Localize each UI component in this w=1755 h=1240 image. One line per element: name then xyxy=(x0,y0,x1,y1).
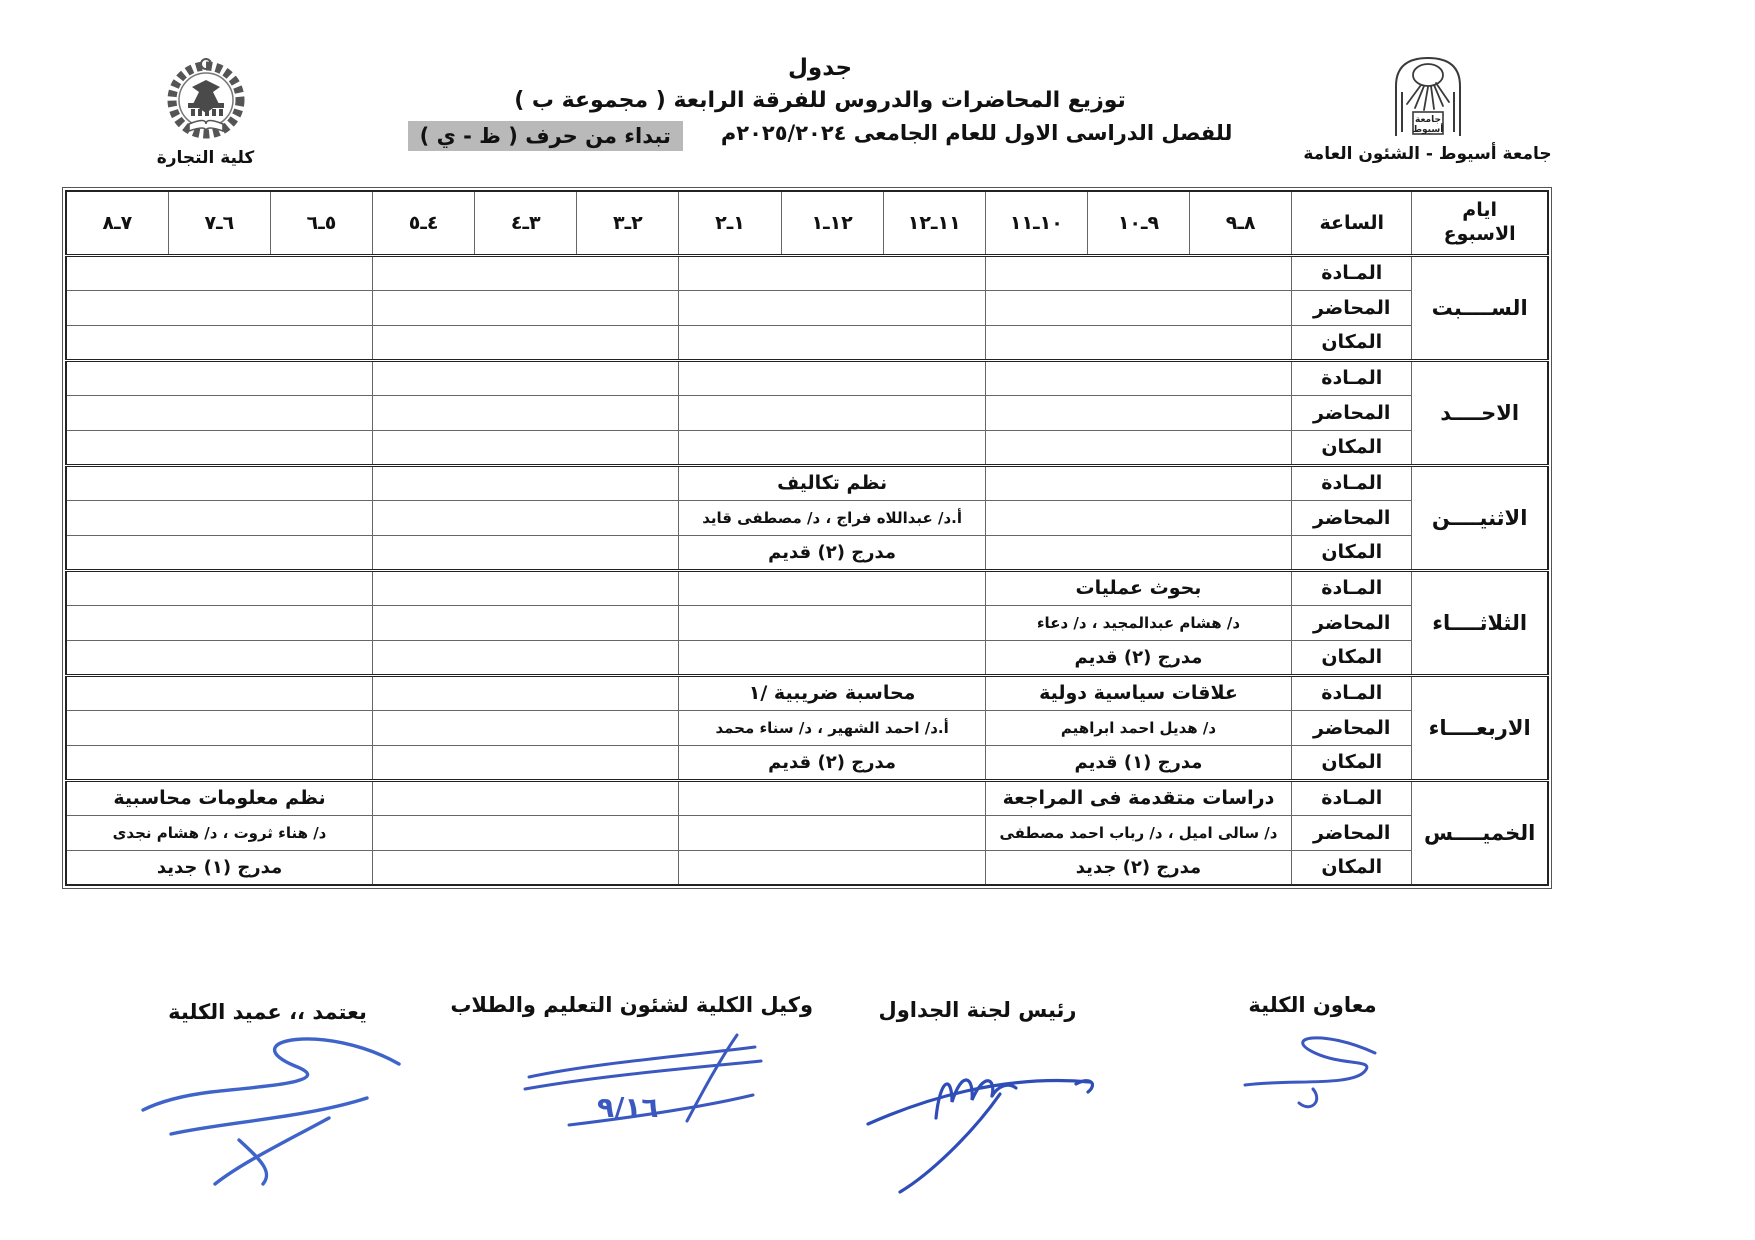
place-cell xyxy=(679,325,985,360)
row-label: المحاضر xyxy=(1292,605,1412,640)
signatory-label: معاون الكلية xyxy=(1205,993,1420,1017)
lecturer-cell xyxy=(66,395,373,430)
time-slot-header: ٧ـ٨ xyxy=(66,191,168,255)
lecturer-cell xyxy=(373,395,679,430)
place-cell xyxy=(679,850,985,885)
place-cell xyxy=(66,430,373,465)
signature xyxy=(850,1026,1105,1194)
time-slot-header: ٩ـ١٠ xyxy=(1087,191,1189,255)
lecturer-cell xyxy=(373,290,679,325)
svg-text:جامعة: جامعة xyxy=(1415,115,1441,125)
row-label: المـادة xyxy=(1292,675,1412,710)
subject-cell xyxy=(679,780,985,815)
row-label: المكان xyxy=(1292,325,1412,360)
place-cell: مدرج (٢) قديم xyxy=(679,745,985,780)
academic-year-text: للفصل الدراسى الاول للعام الجامعى ٢٠٢٥/٢… xyxy=(721,121,1233,151)
lecturer-cell xyxy=(679,395,985,430)
time-slot-header: ٦ـ٧ xyxy=(168,191,270,255)
svg-text:أسيوط: أسيوط xyxy=(1412,123,1443,135)
faculty-header: كلية التجارة xyxy=(128,50,283,168)
time-slot-header: ٢ـ٣ xyxy=(577,191,679,255)
place-cell xyxy=(66,325,373,360)
signature: ٩/١٦ xyxy=(511,1021,771,1143)
table-row: الخميــــس المـادة دراسات متقدمة فى المر… xyxy=(66,780,1548,815)
signature xyxy=(1225,1021,1400,1113)
row-label: المحاضر xyxy=(1292,710,1412,745)
signature xyxy=(113,1028,423,1188)
lecturer-cell xyxy=(373,605,679,640)
timetable: ايام الاسبوع الساعة ٨ـ٩ ٩ـ١٠ ١٠ـ١١ ١١ـ١٢… xyxy=(65,190,1549,886)
signatory-schedules-committee-head: رئيس لجنة الجداول xyxy=(845,998,1110,1194)
place-cell: مدرج (٢) جديد xyxy=(985,850,1291,885)
assiut-university-logo-icon: جامعة أسيوط xyxy=(1388,52,1468,138)
faculty-of-commerce-logo-icon xyxy=(151,50,261,142)
subject-cell xyxy=(66,255,373,290)
table-row: المكان xyxy=(66,430,1548,465)
time-slot-header: ١ـ٢ xyxy=(679,191,781,255)
place-cell xyxy=(66,745,373,780)
lecturer-cell: أ.د/ احمد الشهير ، د/ سناء محمد xyxy=(679,710,985,745)
scanned-schedule-document: جامعة أسيوط جامعة أسيوط - الشئون العامة … xyxy=(0,0,1755,1240)
table-row: الاحــــد المـادة xyxy=(66,360,1548,395)
subject-cell xyxy=(679,360,985,395)
row-label: المحاضر xyxy=(1292,395,1412,430)
subject-cell: نظم معلومات محاسبية xyxy=(66,780,373,815)
subject-cell xyxy=(985,465,1291,500)
subject-cell xyxy=(66,675,373,710)
time-slot-header: ٣ـ٤ xyxy=(475,191,577,255)
place-cell xyxy=(679,430,985,465)
row-label: المـادة xyxy=(1292,360,1412,395)
subject-cell xyxy=(66,360,373,395)
time-slot-header: ٨ـ٩ xyxy=(1190,191,1292,255)
lecturer-cell xyxy=(66,500,373,535)
subject-cell: نظم تكاليف xyxy=(679,465,985,500)
subject-cell xyxy=(373,360,679,395)
faculty-name: كلية التجارة xyxy=(128,148,283,168)
subject-cell xyxy=(373,570,679,605)
lecturer-cell: د/ هناء ثروت ، د/ هشام نجدى xyxy=(66,815,373,850)
table-row: الاربعــــاء المـادة علاقات سياسية دولية… xyxy=(66,675,1548,710)
signatory-label: وكيل الكلية لشئون التعليم والطلاب xyxy=(468,993,813,1017)
table-row: المحاضر xyxy=(66,395,1548,430)
lecturer-cell xyxy=(373,710,679,745)
row-label: المـادة xyxy=(1292,780,1412,815)
row-label: المكان xyxy=(1292,850,1412,885)
row-label: المحاضر xyxy=(1292,500,1412,535)
day-cell: الثلاثــــاء xyxy=(1412,570,1548,675)
table-row: المحاضر د/ هشام عبدالمجيد ، د/ دعاء xyxy=(66,605,1548,640)
title-line-2: توزيع المحاضرات والدروس للفرقة الرابعة (… xyxy=(360,88,1280,113)
signatory-dean-approval: يعتمد ،، عميد الكلية xyxy=(100,1000,435,1188)
table-row: المكان مدرج (٢) قديم xyxy=(66,640,1548,675)
lecturer-cell xyxy=(373,500,679,535)
table-row: المكان مدرج (٢) جديد مدرج (١) جديد xyxy=(66,850,1548,885)
university-name: جامعة أسيوط - الشئون العامة xyxy=(1300,144,1555,164)
day-cell: الســــبت xyxy=(1412,255,1548,360)
time-slot-header: ١٢ـ١ xyxy=(781,191,883,255)
subject-cell xyxy=(679,255,985,290)
lecturer-cell xyxy=(66,290,373,325)
table-row: المحاضر د/ سالى اميل ، د/ رباب احمد مصطف… xyxy=(66,815,1548,850)
time-slot-header: ٤ـ٥ xyxy=(373,191,475,255)
day-cell: الاحــــد xyxy=(1412,360,1548,465)
place-cell xyxy=(985,325,1291,360)
lecturer-cell xyxy=(679,290,985,325)
row-label: المـادة xyxy=(1292,465,1412,500)
lecturer-cell: د/ هديل احمد ابراهيم xyxy=(985,710,1291,745)
subject-cell: بحوث عمليات xyxy=(985,570,1291,605)
subject-cell xyxy=(373,465,679,500)
table-row: المحاضر أ.د/ عبداللاه فراج ، د/ مصطفى قا… xyxy=(66,500,1548,535)
table-row: الســــبت المـادة xyxy=(66,255,1548,290)
subject-cell xyxy=(985,360,1291,395)
lecturer-cell xyxy=(66,605,373,640)
time-slot-header: ٥ـ٦ xyxy=(270,191,372,255)
place-cell: مدرج (١) جديد xyxy=(66,850,373,885)
letters-range-highlight: تبداء من حرف ( ظ - ي ) xyxy=(408,121,683,151)
lecturer-cell: د/ هشام عبدالمجيد ، د/ دعاء xyxy=(985,605,1291,640)
place-cell xyxy=(373,850,679,885)
table-header-row: ايام الاسبوع الساعة ٨ـ٩ ٩ـ١٠ ١٠ـ١١ ١١ـ١٢… xyxy=(66,191,1548,255)
table-row: المحاضر xyxy=(66,290,1548,325)
table-row: المكان مدرج (٢) قديم xyxy=(66,535,1548,570)
subject-cell: محاسبة ضريبية /١ xyxy=(679,675,985,710)
time-slot-header: ١١ـ١٢ xyxy=(883,191,985,255)
lecturer-cell: أ.د/ عبداللاه فراج ، د/ مصطفى قايد xyxy=(679,500,985,535)
subject-cell xyxy=(66,570,373,605)
hour-header: الساعة xyxy=(1292,191,1412,255)
signatory-label: رئيس لجنة الجداول xyxy=(845,998,1110,1022)
day-cell: الاثنيــــن xyxy=(1412,465,1548,570)
row-label: المـادة xyxy=(1292,255,1412,290)
lecturer-cell xyxy=(985,290,1291,325)
subject-cell xyxy=(373,675,679,710)
table-row: المكان مدرج (١) قديم مدرج (٢) قديم xyxy=(66,745,1548,780)
document-title-block: جدول توزيع المحاضرات والدروس للفرقة الرا… xyxy=(360,55,1280,151)
day-cell: الخميــــس xyxy=(1412,780,1548,885)
table-row: الثلاثــــاء المـادة بحوث عمليات xyxy=(66,570,1548,605)
subject-cell: علاقات سياسية دولية xyxy=(985,675,1291,710)
lecturer-cell xyxy=(679,815,985,850)
lecturer-cell xyxy=(66,710,373,745)
signatory-assistant-dean: معاون الكلية xyxy=(1205,993,1420,1113)
place-cell xyxy=(373,640,679,675)
day-cell: الاربعــــاء xyxy=(1412,675,1548,780)
subject-cell xyxy=(679,570,985,605)
title-word-schedule: جدول xyxy=(360,55,1280,81)
place-cell xyxy=(373,430,679,465)
place-cell xyxy=(66,640,373,675)
place-cell: مدرج (٢) قديم xyxy=(985,640,1291,675)
place-cell: مدرج (٢) قديم xyxy=(679,535,985,570)
place-cell xyxy=(985,430,1291,465)
row-label: المحاضر xyxy=(1292,815,1412,850)
signatory-label: يعتمد ،، عميد الكلية xyxy=(100,1000,435,1024)
lecturer-cell xyxy=(985,395,1291,430)
university-header: جامعة أسيوط جامعة أسيوط - الشئون العامة xyxy=(1300,52,1555,164)
row-label: المكان xyxy=(1292,640,1412,675)
place-cell xyxy=(679,640,985,675)
row-label: المكان xyxy=(1292,745,1412,780)
title-line-3: للفصل الدراسى الاول للعام الجامعى ٢٠٢٥/٢… xyxy=(360,121,1280,151)
place-cell xyxy=(373,745,679,780)
table-row: المحاضر د/ هديل احمد ابراهيم أ.د/ احمد ا… xyxy=(66,710,1548,745)
lecturer-cell xyxy=(985,500,1291,535)
row-label: المحاضر xyxy=(1292,290,1412,325)
place-cell xyxy=(373,325,679,360)
place-cell xyxy=(985,535,1291,570)
lecturer-cell: د/ سالى اميل ، د/ رباب احمد مصطفى xyxy=(985,815,1291,850)
lecturer-cell xyxy=(373,815,679,850)
signatory-vice-dean-education: وكيل الكلية لشئون التعليم والطلاب ٩/١٦ xyxy=(468,993,813,1143)
subject-cell xyxy=(985,255,1291,290)
subject-cell: دراسات متقدمة فى المراجعة xyxy=(985,780,1291,815)
place-cell xyxy=(66,535,373,570)
place-cell xyxy=(373,535,679,570)
subject-cell xyxy=(373,255,679,290)
days-header: ايام الاسبوع xyxy=(1412,191,1548,255)
subject-cell xyxy=(373,780,679,815)
lecturer-cell xyxy=(679,605,985,640)
place-cell: مدرج (١) قديم xyxy=(985,745,1291,780)
row-label: المكان xyxy=(1292,535,1412,570)
row-label: المكان xyxy=(1292,430,1412,465)
signature-date: ٩/١٦ xyxy=(597,1091,659,1124)
table-row: الاثنيــــن المـادة نظم تكاليف xyxy=(66,465,1548,500)
time-slot-header: ١٠ـ١١ xyxy=(985,191,1087,255)
subject-cell xyxy=(66,465,373,500)
table-row: المكان xyxy=(66,325,1548,360)
row-label: المـادة xyxy=(1292,570,1412,605)
